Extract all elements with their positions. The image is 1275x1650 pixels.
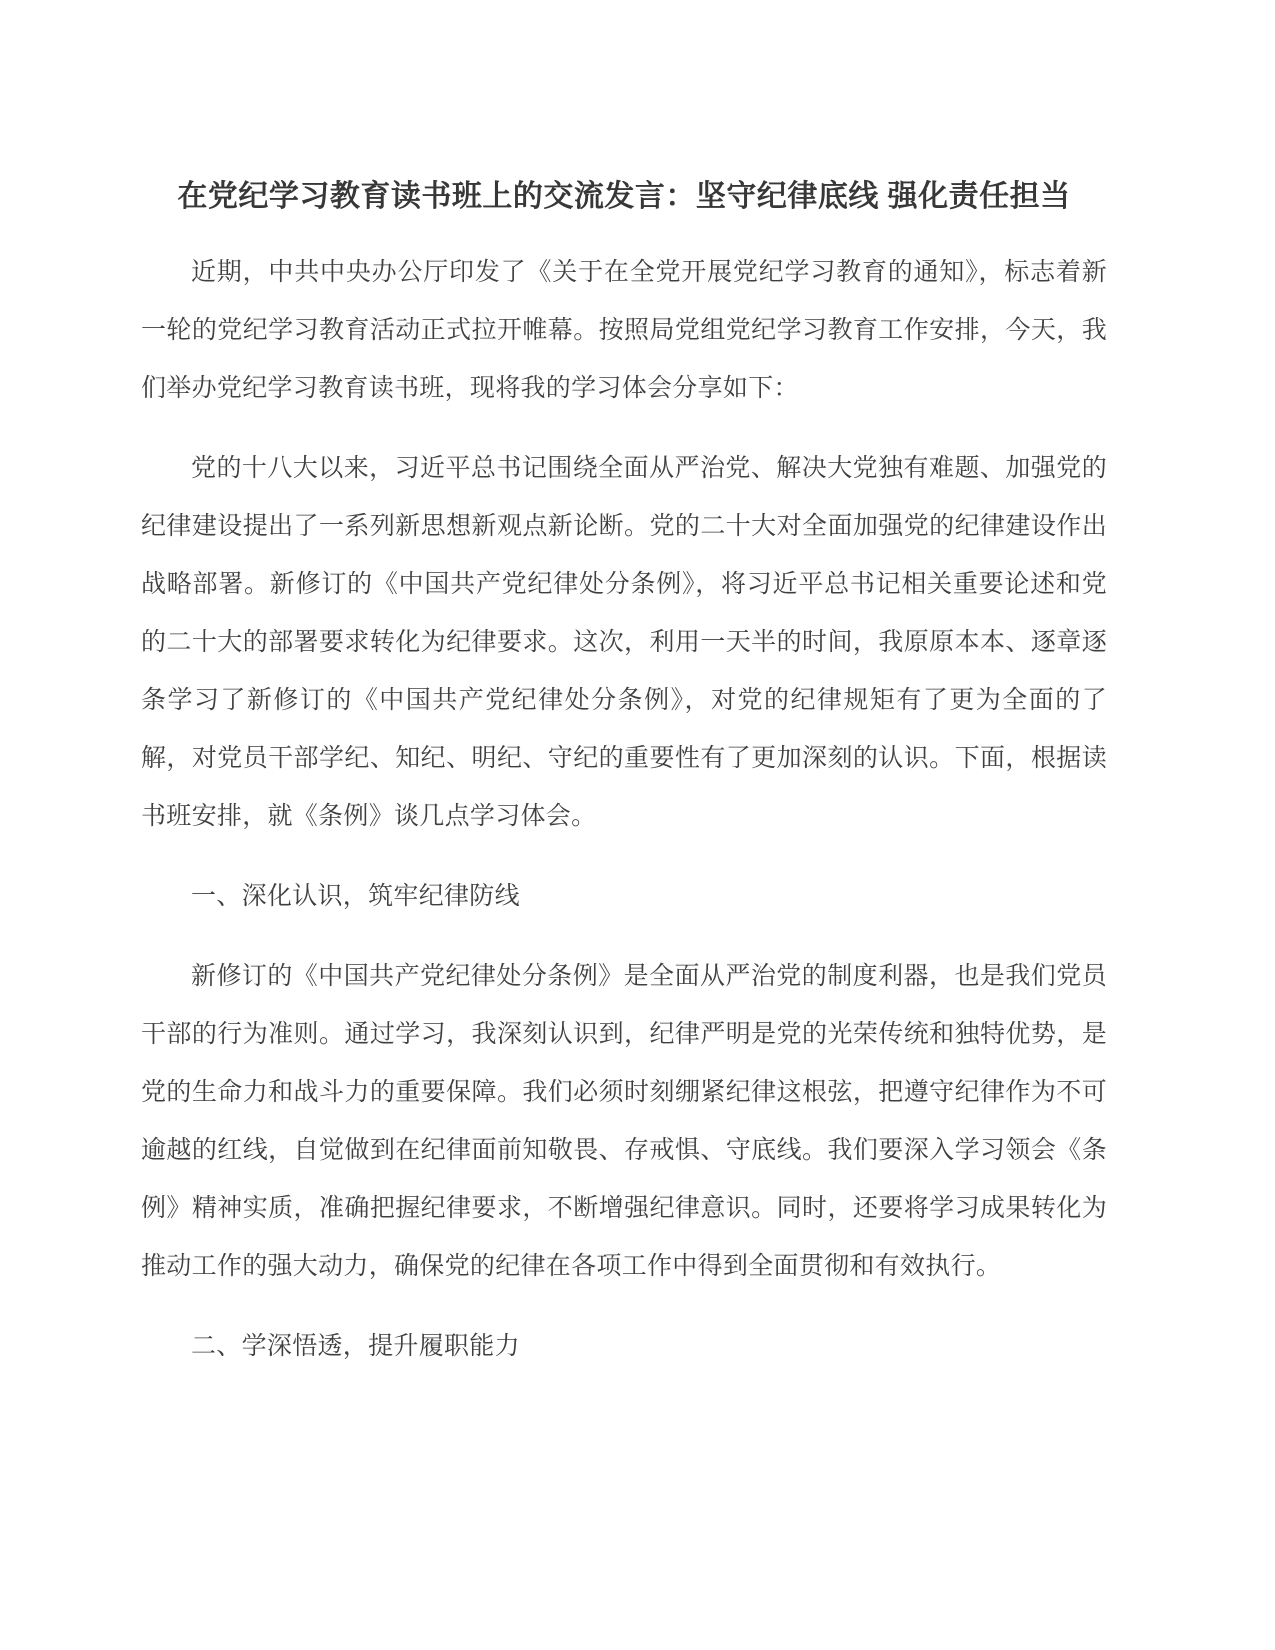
- body-paragraph: 近期，中共中央办公厅印发了《关于在全党开展党纪学习教育的通知》，标志着新一轮的党…: [141, 243, 1107, 417]
- body-paragraph: 新修订的《中国共产党纪律处分条例》是全面从严治党的制度利器，也是我们党员干部的行…: [141, 947, 1107, 1295]
- document-title: 在党纪学习教育读书班上的交流发言：坚守纪律底线 强化责任担当: [141, 174, 1107, 220]
- document-body: 近期，中共中央办公厅印发了《关于在全党开展党纪学习教育的通知》，标志着新一轮的党…: [141, 243, 1107, 1375]
- section-heading: 二、学深悟透，提升履职能力: [141, 1317, 1107, 1375]
- body-paragraph: 党的十八大以来，习近平总书记围绕全面从严治党、解决大党独有难题、加强党的纪律建设…: [141, 439, 1107, 845]
- section-heading: 一、深化认识，筑牢纪律防线: [141, 867, 1107, 925]
- document-page: 在党纪学习教育读书班上的交流发言：坚守纪律底线 强化责任担当 近期，中共中央办公…: [0, 0, 1275, 1650]
